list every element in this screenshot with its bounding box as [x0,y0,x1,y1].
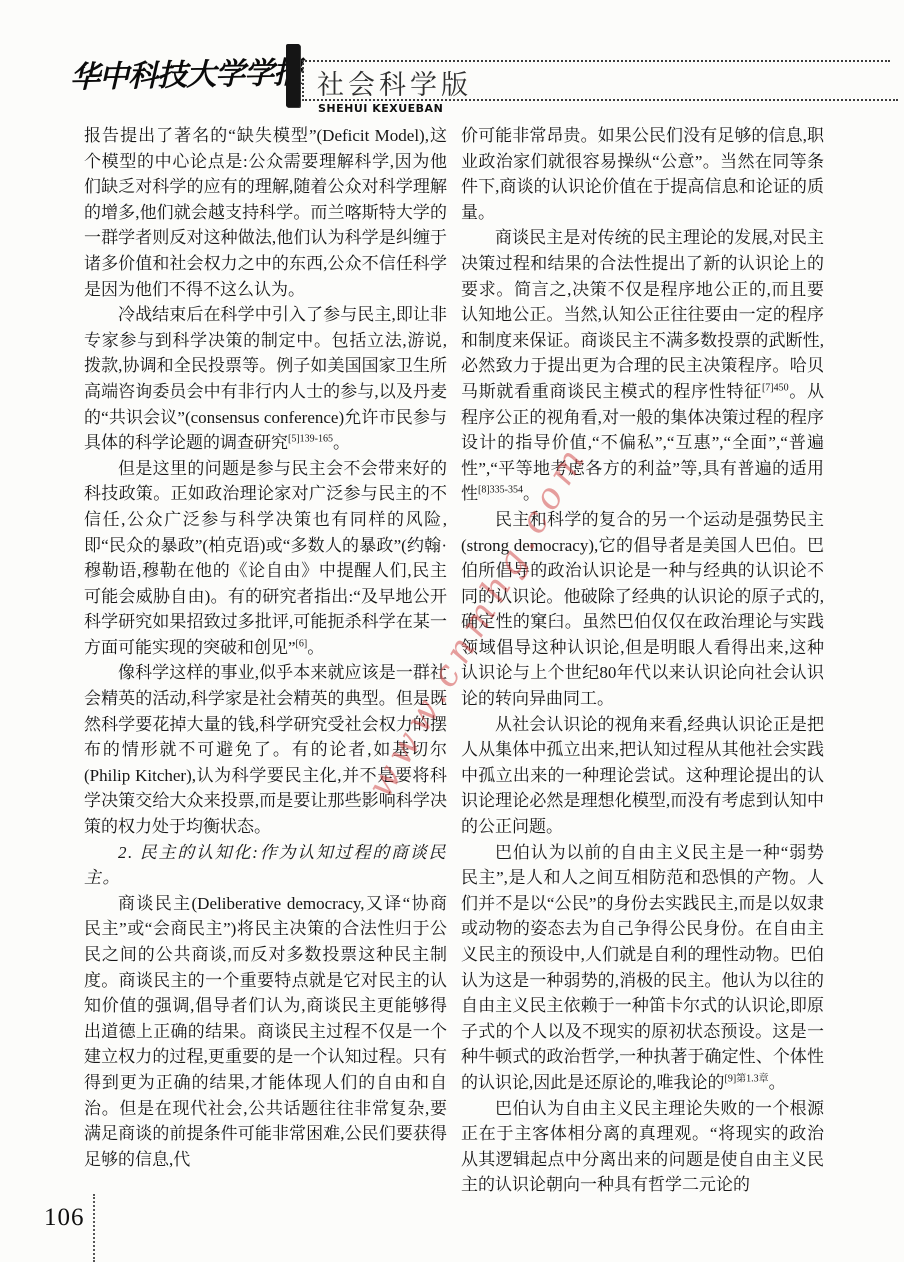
header-dotted-line-vertical [302,60,304,101]
journal-page: 华中科技大学学报 社会科学版 SHEHUI KEXUEBAN 报告提出了著名的“… [0,0,904,1262]
paragraph: 价可能非常昂贵。如果公民们没有足够的信息,职业政治家们就很容易操纵“公意”。当然… [461,123,824,225]
right-column: 价可能非常昂贵。如果公民们没有足够的信息,职业政治家们就很容易操纵“公意”。当然… [461,123,824,1198]
paragraph: 从社会认识论的视角来看,经典认识论正是把人从集体中孤立出来,把认知过程从其他社会… [461,712,824,840]
paragraph: 像科学这样的事业,似乎本来就应该是一群社会精英的活动,科学家是社会精英的典型。但… [84,660,447,839]
footnote-reference: [6] [296,638,308,649]
footnote-reference: [8]335-354 [478,485,523,496]
header-brush-bar [286,44,300,107]
paragraph: 巴伯认为自由主义民主理论失败的一个根源正在于主客体相分离的真理观。“将现实的政治… [461,1096,824,1198]
footnote-reference: [7]450 [762,382,789,393]
paragraph: 报告提出了著名的“缺失模型”(Deficit Model),这个模型的中心论点是… [84,123,447,302]
edition-pinyin: SHEHUI KEXUEBAN [318,102,443,115]
footnote-reference: [9]第1.3章 [725,1073,769,1084]
header-dotted-line-top [302,60,890,62]
page-number: 106 [44,1204,85,1232]
left-column: 报告提出了著名的“缺失模型”(Deficit Model),这个模型的中心论点是… [84,123,447,1172]
section-heading: 2. 民主的认知化:作为认知过程的商谈民主。 [84,840,447,891]
paragraph: 商谈民主(Deliberative democracy,又译“协商民主”或“会商… [84,891,447,1173]
paragraph: 但是这里的问题是参与民主会不会带来好的科技政策。正如政治理论家对广泛参与民主的不… [84,456,447,661]
paragraph: 冷战结束后在科学中引入了参与民主,即让非专家参与到科学决策的制定中。包括立法,游… [84,302,447,456]
paragraph: 巴伯认为以前的自由主义民主是一种“弱势民主”,是人和人之间互相防范和恐惧的产物。… [461,840,824,1096]
paragraph: 民主和科学的复合的另一个运动是强势民主(strong democracy),它的… [461,507,824,712]
footnote-reference: [5]139-165 [288,433,333,444]
edition-title: 社会科学版 [317,63,472,102]
journal-title-calligraphy: 华中科技大学学报 [70,48,303,97]
footer-dotted-divider [93,1194,95,1262]
paragraph: 商谈民主是对传统的民主理论的发展,对民主决策过程和结果的合法性提出了新的认识论上… [461,225,824,507]
